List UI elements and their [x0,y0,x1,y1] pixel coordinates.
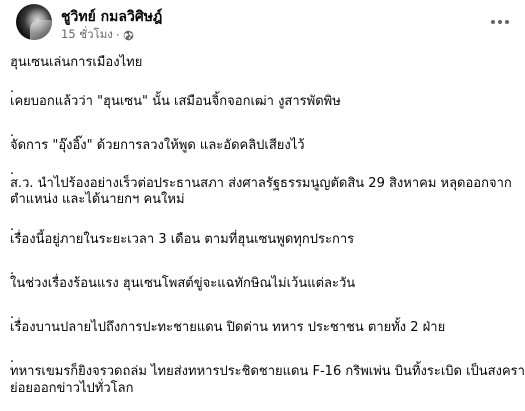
meta-separator: · [116,28,120,42]
paragraph-line: ตำแหน่ง และได้นายกฯ คนใหม่ [10,191,185,208]
paragraph-line: เรื่องบานปลายไปถึงการปะทะชายแดน ปิดด่าน … [10,319,445,336]
post-header: ชูวิทย์ กมลวิศิษฎ์ 15 ชั่วโมง · [0,0,525,46]
paragraph-line: ทหารเขมรก็ยิงจรวดถล่ม ไทยส่งทหารประชิดชา… [10,363,525,380]
more-dot [505,20,509,24]
author-avatar[interactable] [16,4,52,40]
globe-icon[interactable] [123,30,134,41]
paragraph-line: จัดการ "อุ๊งอิ๊ง" ด้วยการลวงให้พูด และอั… [10,137,305,154]
post-title: ฮุนเซนเล่นการเมืองไทย [10,54,142,71]
more-dot [498,20,502,24]
more-options-button[interactable] [488,14,512,30]
more-dot [491,20,495,24]
paragraph-line: ส.ว. นำไปร้องอย่างเร็วต่อประธานสภา ส่งศา… [10,175,512,192]
author-name[interactable]: ชูวิทย์ กมลวิศิษฎ์ [61,6,162,28]
post-meta: 15 ชั่วโมง · [61,26,134,44]
paragraph-line: เรื่องนี้อยู่ภายในระยะเวลา 3 เดือน ตามที… [10,231,354,248]
post-timestamp[interactable]: 15 ชั่วโมง [61,26,113,44]
paragraph-line: เคยบอกแล้วว่า "ฮุนเซน" นั้น เสมือนจิ้กจอ… [10,93,341,110]
paragraph-line: ย่อยออกข่าวไปทั่วโลก [10,380,134,397]
paragraph-line: ในช่วงเรื่องร้อนแรง ฮุนเซนโพสต์ขู่จะแฉทั… [10,275,355,292]
